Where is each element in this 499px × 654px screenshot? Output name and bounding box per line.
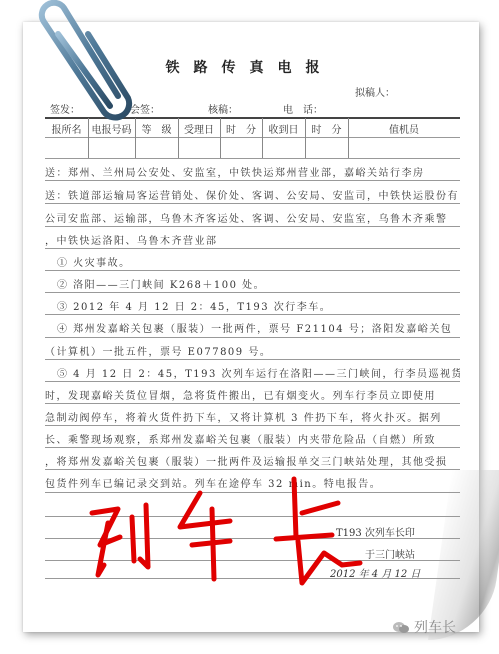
drafter-label: 拟稿人： — [355, 84, 395, 99]
verify-label: 核稿： — [208, 101, 238, 116]
watermark-text: 列车长 — [414, 617, 456, 637]
phone-label: 电 话： — [283, 101, 323, 116]
ruled-line — [45, 292, 460, 293]
recipients-line: 送：郑州、兰州局公安处、安监室，中铁快运郑州营业部，嘉峪关站行李房 — [45, 164, 460, 179]
item-line: 急制动阀停车，将着火货件扔下车，又将计算机 3 件扔下车，将火扑灭。据列 — [45, 409, 460, 424]
ruled-line — [45, 403, 460, 404]
ruled-line — [45, 248, 460, 249]
item-line: ⑤ 4 月 12 日 2：45，T193 次列车运行在洛阳——三门峡间，行李员巡… — [45, 365, 460, 380]
paperclip-icon — [30, 0, 140, 125]
table-header-accepted-time: 时 分 — [220, 121, 262, 136]
table-header-received-date: 收到日 — [262, 121, 305, 136]
recipients-line: ，中铁快运洛阳、乌鲁木齐营业部 — [45, 232, 460, 247]
table-header-grade: 等 级 — [135, 121, 178, 136]
table-header-operator: 值机员 — [348, 121, 460, 136]
wechat-watermark: 列车长 — [392, 617, 456, 637]
ruled-line — [45, 270, 460, 271]
recipients-line: 公司安监部、运输部，乌鲁木齐客运处、客调、公安局、安监室，乌鲁木齐乘警 — [45, 210, 460, 225]
ruled-line — [45, 180, 460, 181]
item-line: ② 洛阳——三门峡间 K268＋100 处。 — [45, 276, 460, 291]
ruled-line — [45, 469, 460, 470]
item-line: 长、乘警现场观察，系郑州发嘉峪关包裹（服装）内夹带危险品（自燃）所致 — [45, 431, 460, 446]
table-header-divider — [45, 137, 460, 138]
handwritten-signature — [80, 475, 380, 595]
ruled-line — [45, 447, 460, 448]
item-line: ④ 郑州发嘉峪关包裹（服装）一批两件，票号 F21104 号；洛阳发嘉峪关包 — [45, 320, 460, 335]
item-line: （计算机）一批五件，票号 E077809 号。 — [45, 343, 460, 358]
recipients-line: 送：铁道部运输局客运营销处、保价处、客调、公安局、安监司，中铁快运股份有 — [45, 187, 460, 202]
ruled-line — [45, 359, 460, 360]
ruled-line — [45, 203, 460, 204]
table-bottom-border — [45, 158, 460, 159]
wechat-icon — [392, 621, 410, 634]
ruled-line — [45, 314, 460, 315]
item-line: 时，发现嘉峪关货位冒烟，急将货件搬出，已有烟变火。列车行李员立即使用 — [45, 387, 460, 402]
ruled-line — [45, 337, 460, 338]
ruled-line — [45, 226, 460, 227]
ruled-line — [45, 381, 460, 382]
table-header-received-time: 时 分 — [305, 121, 348, 136]
item-line: ，将郑州发嘉峪关包裹（服装）一批两件及运输报单交三门峡站处理，其他受损 — [45, 453, 460, 468]
ruled-line — [45, 425, 460, 426]
item-line: ③ 2012 年 4 月 12 日 2：45，T193 次行李车。 — [45, 298, 460, 313]
item-line: ① 火灾事故。 — [45, 254, 460, 269]
table-header-accepted-date: 受理日 — [178, 121, 220, 136]
